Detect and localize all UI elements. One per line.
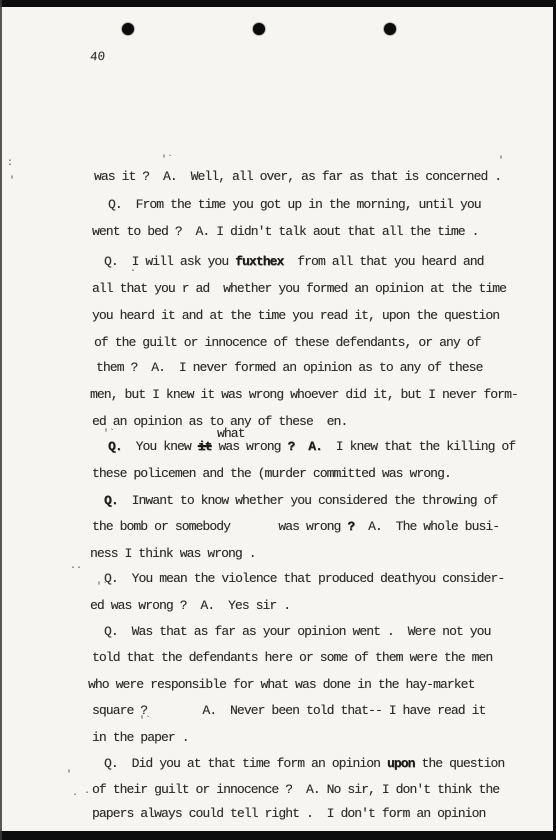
text-line: in the paper . bbox=[92, 731, 189, 745]
ink-speck: . · bbox=[72, 788, 90, 799]
text-line: of their guilt or innocence ? A. No sir,… bbox=[92, 783, 499, 797]
scan-edge-bottom bbox=[0, 831, 556, 840]
scan-edge-top bbox=[0, 0, 556, 7]
text-line: Q. You knew it was wrong ? A. I knew tha… bbox=[108, 440, 515, 454]
ink-speck: ' bbox=[498, 156, 504, 167]
text-line: Q. I will ask you fuxthex from all that … bbox=[104, 255, 484, 269]
text-line: Q. From the time you got up in the morni… bbox=[108, 198, 481, 212]
text-line: Q. Inwant to know whether you considered… bbox=[104, 494, 497, 508]
ink-speck: ' bbox=[9, 176, 15, 187]
ink-speck: '` bbox=[139, 716, 151, 727]
scan-edge-left bbox=[0, 0, 2, 840]
punch-hole-dot bbox=[253, 23, 265, 35]
text-line: papers always could tell right . I don't… bbox=[92, 807, 485, 821]
text-line: went to bed ? A. I didn't talk aout that… bbox=[92, 225, 478, 239]
text-line: Q. Was that as far as your opinion went … bbox=[104, 625, 490, 639]
text-line: ed was wrong ? A. Yes sir . bbox=[90, 599, 290, 613]
ink-speck: ·· bbox=[70, 563, 82, 574]
struck-word: it bbox=[198, 439, 212, 454]
text-line: you heard it and at the time you read it… bbox=[92, 309, 499, 323]
ink-speck: '` bbox=[96, 582, 108, 593]
text-line: these policemen and the (murder committe… bbox=[92, 467, 451, 481]
scanned-page: 40 was it ? A. Well, all over, as far as… bbox=[0, 0, 556, 840]
ink-speck: . bbox=[130, 264, 136, 275]
ink-speck: ' bbox=[66, 770, 72, 781]
text-line: Q. Did you at that time form an opinion … bbox=[104, 757, 504, 771]
text-line: all that you r ad whether you formed an … bbox=[92, 282, 506, 296]
text-line: who were responsible for what was done i… bbox=[88, 678, 474, 692]
text-line: told that the defendants here or some of… bbox=[92, 651, 492, 665]
text-line: ness I think was wrong . bbox=[90, 547, 256, 561]
text-line: men, but I knew it was wrong whoever did… bbox=[90, 388, 518, 402]
ink-speck: '` bbox=[103, 429, 115, 440]
text-line: of the guilt or innocence of these defen… bbox=[94, 336, 480, 350]
punch-hole-dot bbox=[384, 23, 396, 35]
text-line: the bomb or somebody was wrong ? A. The … bbox=[92, 520, 499, 534]
page-number: 40 bbox=[89, 50, 105, 65]
ink-speck: : bbox=[7, 158, 13, 169]
text-line: Q. You mean the violence that produced d… bbox=[104, 572, 504, 586]
punch-hole-dot bbox=[122, 23, 134, 35]
text-line: was it ? A. Well, all over, as far as th… bbox=[94, 170, 501, 184]
text-line: them ? A. I never formed an opinion as t… bbox=[96, 361, 482, 375]
ink-speck: '` bbox=[161, 155, 173, 166]
